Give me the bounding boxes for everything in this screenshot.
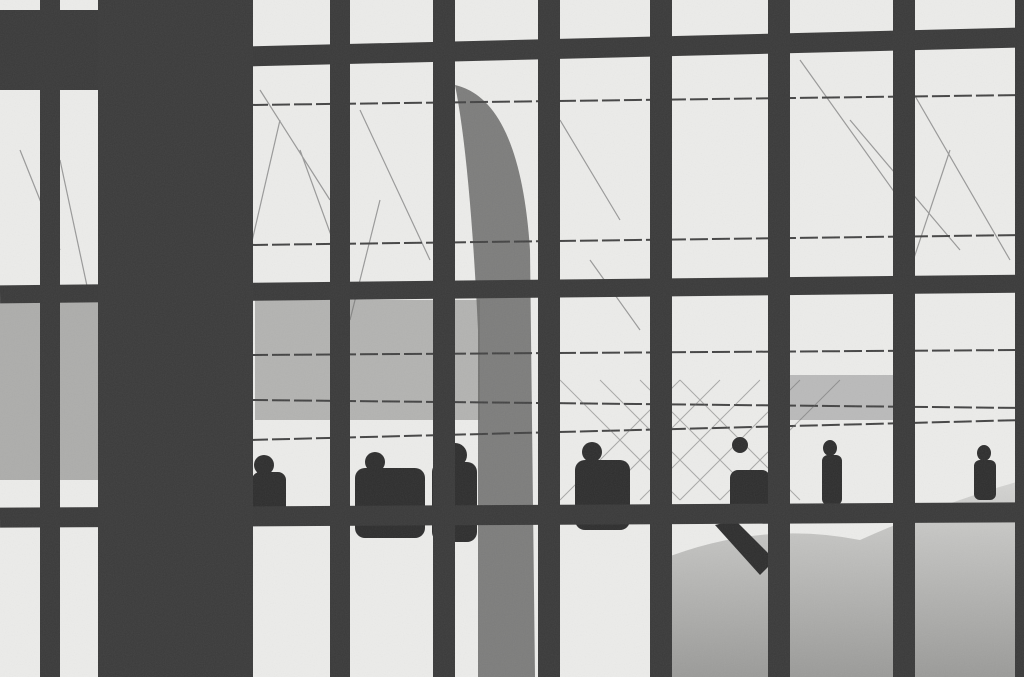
window-scene [0,0,1024,677]
film-grain [0,0,1024,677]
photograph [0,0,1024,677]
